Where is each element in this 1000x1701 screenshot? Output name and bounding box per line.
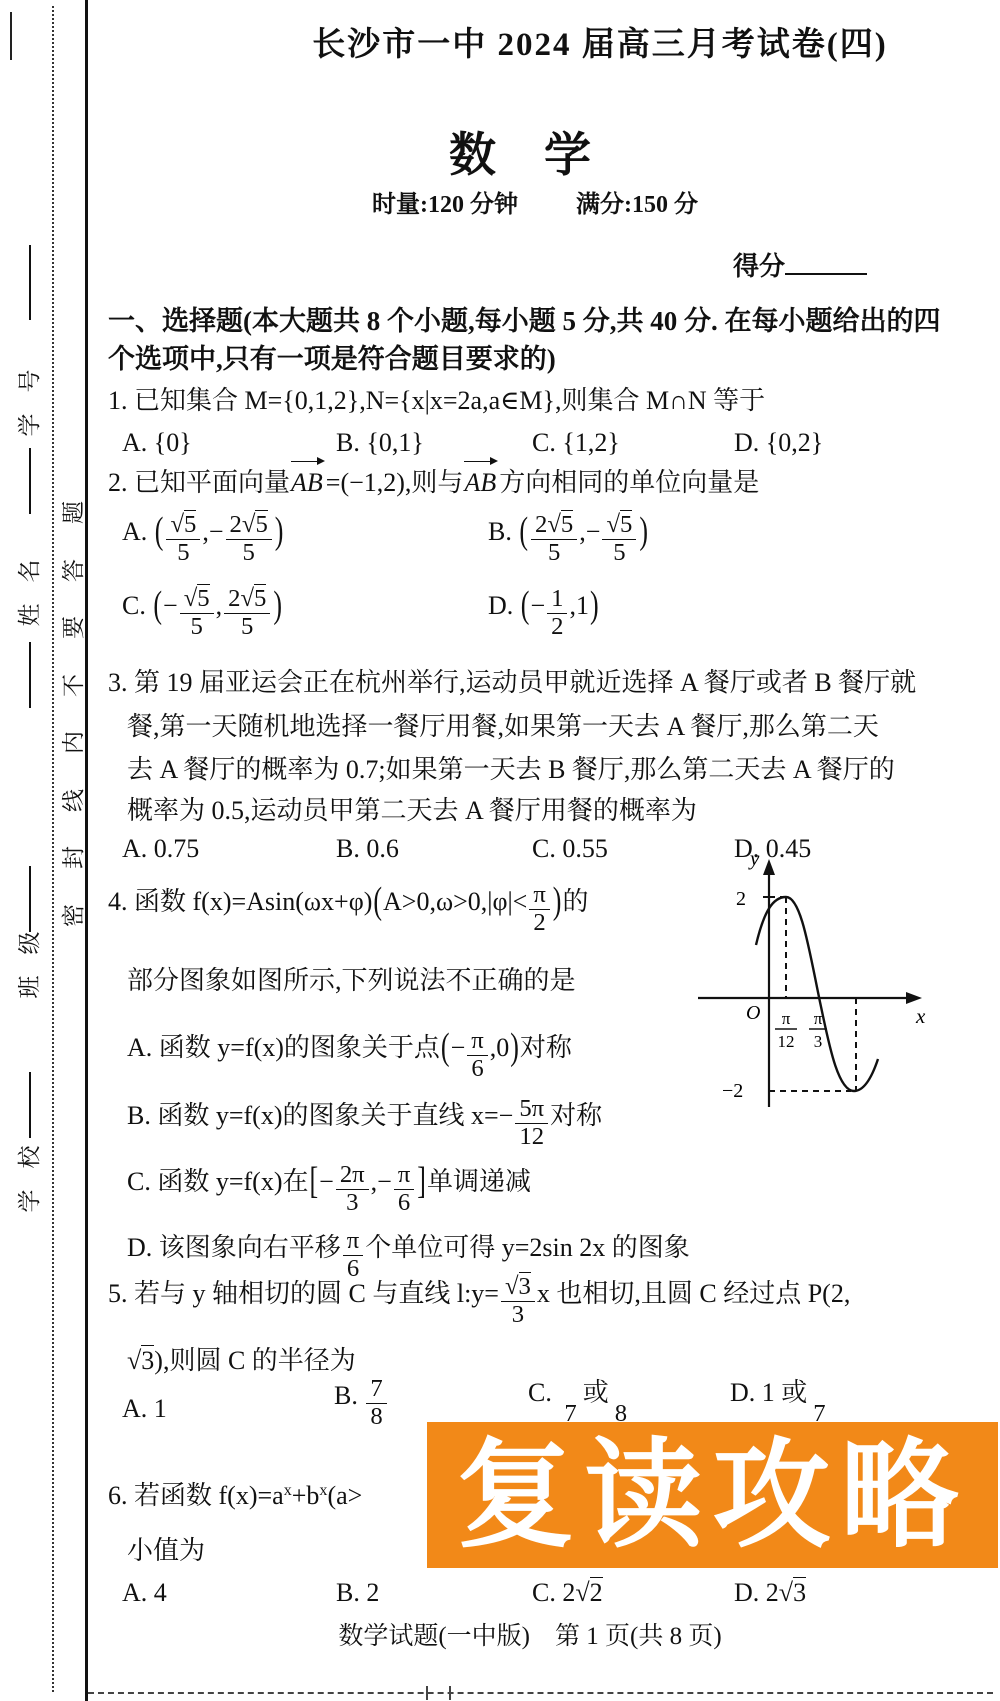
school-label: 校学	[11, 1144, 49, 1214]
q2-option-b: B. (2√55,−√55)	[488, 512, 649, 566]
q5-stem: 5. 若与 y 轴相切的圆 C 与直线 l:y=√33x 也相切,且圆 C 经过…	[108, 1274, 850, 1328]
x-axis-arrow-icon	[906, 992, 922, 1004]
q6-option-a: A. 4	[122, 1576, 167, 1610]
student-id-label: 号学	[11, 368, 49, 438]
tick-pi3-den: 3	[814, 1032, 823, 1051]
q1-option-d: D. {0,2}	[734, 426, 823, 460]
tick-pi12-den: 12	[778, 1032, 795, 1051]
x-axis-label: x	[915, 1004, 926, 1028]
class-blank-line-2	[29, 866, 31, 932]
y-axis-arrow-icon	[763, 859, 775, 875]
q4-stem-line2: 部分图象如图所示,下列说法不正确的是	[127, 964, 576, 998]
score-box: 得分	[733, 246, 867, 283]
q2-stem: 2. 已知平面向量AB=(−1,2),则与AB方向相同的单位向量是	[108, 466, 759, 500]
full-score-label: 满分:150 分	[576, 184, 698, 219]
subject-title: 数学	[320, 118, 720, 185]
q3-stem-line1: 3. 第 19 届亚运会正在杭州举行,运动员甲就近选择 A 餐厅或者 B 餐厅就	[108, 666, 916, 700]
q4-option-a: A. 函数 y=f(x)的图象关于点(−π6,0)对称	[127, 1028, 572, 1082]
bottom-tick-2	[449, 1686, 451, 1700]
corner-mark	[10, 12, 12, 60]
y-axis-label: y	[748, 846, 760, 870]
watermark-text: 复读攻略	[456, 1436, 968, 1554]
q1-stem: 1. 已知集合 M={0,1,2},N={x|x=2a,a∈M},则集合 M∩N…	[108, 384, 765, 418]
q6-option-b: B. 2	[336, 1576, 379, 1610]
q4-option-c: C. 函数 y=f(x)在[−2π3,−π6]单调递减	[127, 1162, 531, 1216]
page-footer: 数学试题(一中版) 第 1 页(共 8 页)	[230, 1616, 830, 1652]
q3-option-b: B. 0.6	[336, 832, 399, 866]
student-id-blank-line	[29, 245, 31, 320]
q3-option-c: C. 0.55	[532, 832, 608, 866]
q4-function-graph: y x O 2 −2 π 12 π 3	[670, 795, 940, 1125]
q5-stem-line2: √3),则圆 C 的半径为	[127, 1344, 356, 1378]
seal-line-text: 题答要不内线封密	[56, 496, 86, 932]
tick-pi3-num: π	[814, 1009, 823, 1028]
q6-stem: 6. 若函数 f(x)=ax+bx(a>	[108, 1474, 362, 1513]
exam-title: 长沙市一中 2024 届高三月考试卷(四)	[200, 18, 1000, 65]
score-blank-line	[785, 247, 867, 275]
school-blank-line	[29, 1072, 31, 1138]
q2-option-a: A. (√55,−2√55)	[122, 512, 284, 566]
q1-option-a: A. {0}	[122, 426, 192, 460]
section-heading-line2: 个选项中,只有一项是符合题目要求的)	[108, 342, 556, 376]
seal-dotted-line	[52, 6, 54, 1692]
q4-option-b: B. 函数 y=f(x)的图象关于直线 x=−5π12对称	[127, 1096, 602, 1150]
q1-option-c: C. {1,2}	[532, 426, 620, 460]
bottom-dashed-line	[88, 1692, 993, 1694]
duration-label: 时量:120 分钟	[372, 184, 518, 219]
class-blank-line	[29, 642, 31, 708]
q5-option-a: A. 1	[122, 1392, 167, 1426]
exam-paper-page: 号学 名姓 级班 校学 题答要不内线封密 长沙市一中 2024 届高三月考试卷(…	[0, 0, 1000, 1701]
q5-option-b: B. 78	[334, 1376, 389, 1430]
y-max-label: 2	[736, 888, 746, 910]
q6-option-c: C. 2√2	[532, 1576, 603, 1610]
q3-option-a: A. 0.75	[122, 832, 199, 866]
q3-stem-line3: 去 A 餐厅的概率为 0.7;如果第一天去 B 餐厅,那么第二天去 A 餐厅的	[127, 753, 895, 787]
section-heading-line1: 一、选择题(本大题共 8 个小题,每小题 5 分,共 40 分. 在每小题给出的…	[108, 304, 941, 338]
sine-curve	[756, 897, 878, 1091]
name-label: 名姓	[11, 558, 49, 628]
q6-stem-line2: 小值为	[127, 1534, 205, 1568]
q4-stem: 4. 函数 f(x)=Asin(ωx+φ)(A>0,ω>0,|φ|<π2)的	[108, 882, 588, 936]
q3-stem-line2: 餐,第一天随机地选择一餐厅用餐,如果第一天去 A 餐厅,那么第二天	[127, 710, 879, 744]
q6-option-d: D. 2√3	[734, 1576, 806, 1610]
watermark-banner: 复读攻略	[427, 1422, 998, 1568]
tick-pi12-num: π	[782, 1009, 791, 1028]
y-min-label: −2	[722, 1080, 743, 1102]
bottom-tick-1	[426, 1686, 428, 1700]
dashed-guides	[769, 897, 856, 1091]
score-label: 得分	[733, 252, 785, 281]
q2-option-d: D. (−12,1)	[488, 586, 600, 640]
exam-info: 时量:120 分钟 满分:150 分	[275, 184, 795, 219]
name-blank-line	[29, 448, 31, 514]
class-label: 级班	[11, 930, 49, 1000]
q2-option-c: C. (−√55,2√55)	[122, 586, 283, 640]
origin-label: O	[746, 1002, 760, 1024]
q3-stem-line4: 概率为 0.5,运动员甲第二天去 A 餐厅用餐的概率为	[127, 794, 697, 828]
q1-option-b: B. {0,1}	[336, 426, 424, 460]
